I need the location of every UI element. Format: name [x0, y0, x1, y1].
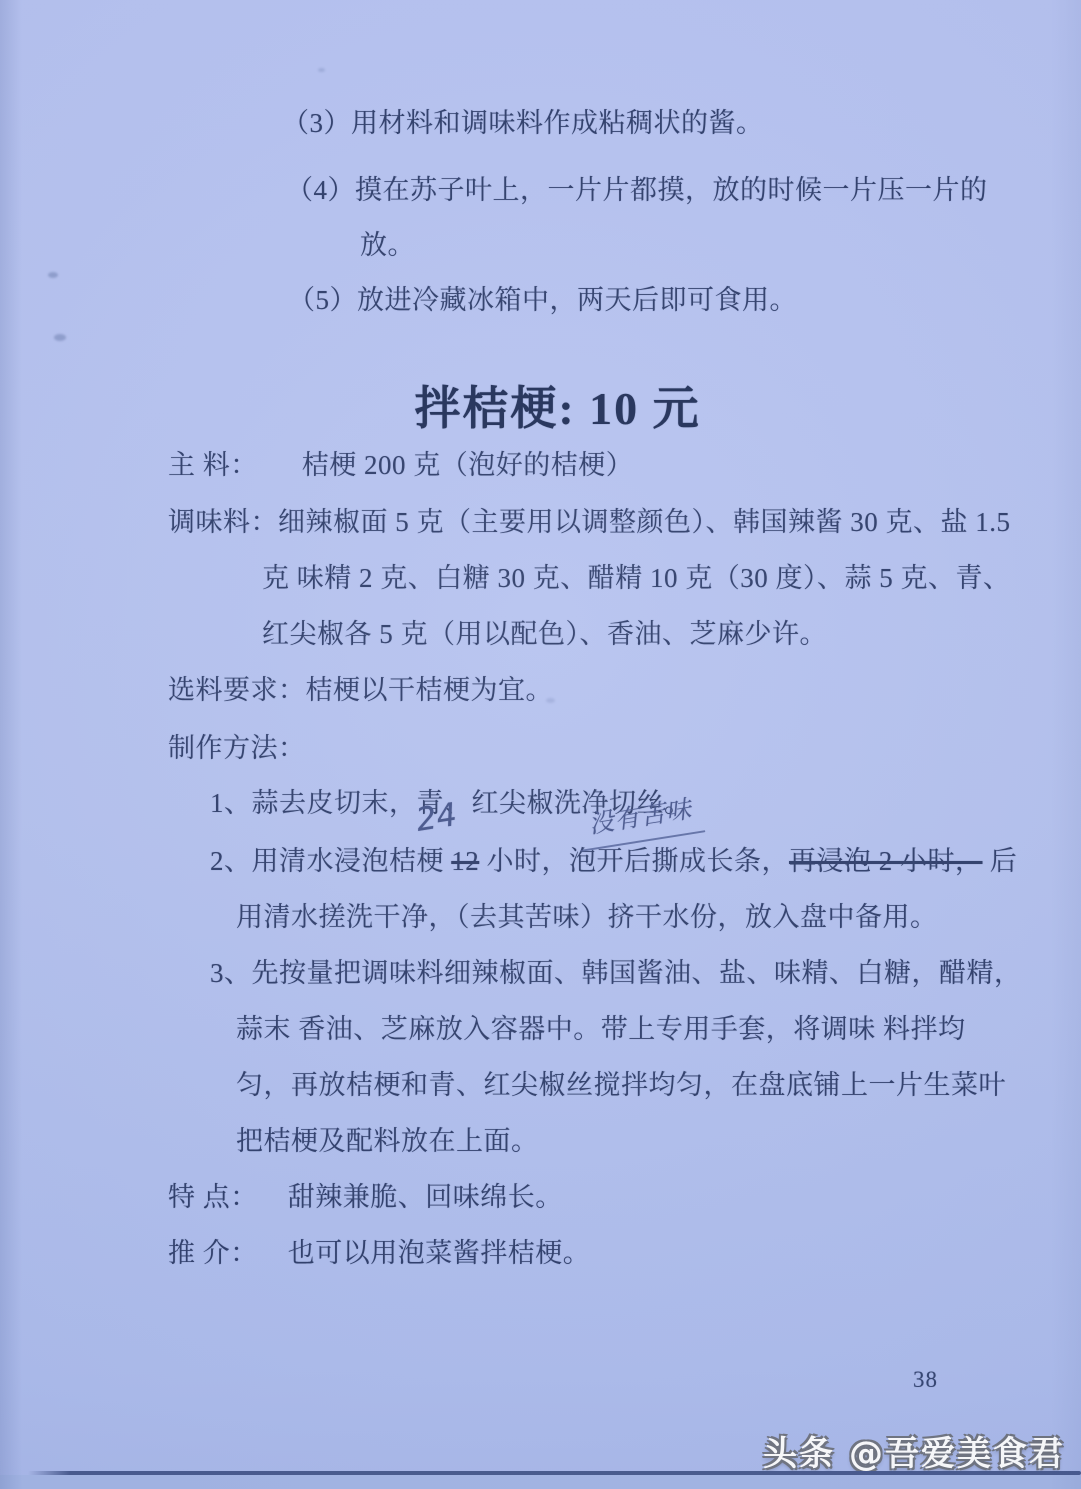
seasoning-text-1: 细辣椒面 5 克（主要用以调整颜色）、韩国辣酱 30 克、盐 1.5 — [278, 507, 1011, 537]
method-step-3-line-2: 蒜末 香油、芝麻放入容器中。带上专用手套，将调味 料拌均 — [236, 1007, 966, 1046]
recommend-text: 也可以用泡菜酱拌桔梗。 — [288, 1238, 591, 1268]
recipe-title: 拌桔梗: 10 元 — [0, 372, 1081, 438]
recommend-label: 推 介： — [168, 1231, 258, 1270]
method-step-3-line-3: 匀，再放桔梗和青、红尖椒丝搅拌均匀，在盘底铺上一片生菜叶 — [236, 1063, 1006, 1102]
method-step-3-line-1: 3、先按量把调味料细辣椒面、韩国酱油、盐、味精、白糖，醋精， — [210, 951, 1022, 990]
scanned-recipe-page: （3）用材料和调味料作成粘稠状的酱。 （4）摸在苏子叶上，一片片都摸，放的时候一… — [0, 0, 1081, 1489]
method-step-3-line-4: 把桔梗及配料放在上面。 — [236, 1119, 539, 1158]
features-line: 特 点：甜辣兼脆、回味绵长。 — [168, 1175, 563, 1214]
seasoning-label: 调味料： — [168, 500, 278, 539]
paper-speck — [54, 334, 66, 341]
main-ingredient-line: 主 料：桔梗 200 克（泡好的桔梗） — [168, 443, 633, 482]
surface-below-page — [0, 1475, 1081, 1489]
step2-text: 2、用清水浸泡桔梗 — [210, 846, 451, 876]
prev-step-4: （4）摸在苏子叶上，一片片都摸，放的时候一片压一片的 — [286, 168, 988, 207]
selection-requirement: 选料要求：桔梗以干桔梗为宜。 — [168, 668, 553, 707]
seasoning-line-2: 克 味精 2 克、白糖 30 克、醋精 10 克（30 度）、蒜 5 克、青、 — [262, 556, 1011, 595]
prev-step-3: （3）用材料和调味料作成粘稠状的酱。 — [282, 101, 764, 140]
watermark-text: 头条 @吾爱美食君 — [763, 1426, 1065, 1475]
main-ingredient-text: 桔梗 200 克（泡好的桔梗） — [302, 450, 634, 480]
features-label: 特 点： — [168, 1175, 258, 1214]
prev-step-5: （5）放进冷藏冰箱中，两天后即可食用。 — [288, 278, 797, 317]
seasoning-line-3: 红尖椒各 5 克（用以配色）、香油、芝麻少许。 — [262, 612, 827, 651]
step2-struck-phrase: 再浸泡 2 小时， — [789, 846, 983, 876]
seasoning-line-1: 调味料：细辣椒面 5 克（主要用以调整颜色）、韩国辣酱 30 克、盐 1.5 — [168, 500, 1011, 539]
step2-text-end: 后 — [983, 846, 1018, 876]
prev-step-4-continuation: 放。 — [360, 223, 415, 262]
step2-struck-hours: 12 — [451, 846, 479, 876]
main-ingredient-label: 主 料： — [168, 443, 258, 482]
method-label: 制作方法： — [168, 726, 306, 765]
method-step-2-continuation: 用清水搓洗干净，（去其苦味）挤干水份，放入盘中备用。 — [236, 895, 938, 934]
paper-speck — [546, 698, 555, 703]
paper-speck — [48, 272, 58, 278]
page-number: 38 — [913, 1367, 938, 1393]
handwritten-correction-24: 24 — [413, 795, 459, 839]
step2-text-mid: 小时，泡开后撕成长条， — [479, 846, 789, 876]
recommend-line: 推 介：也可以用泡菜酱拌桔梗。 — [168, 1231, 590, 1270]
features-text: 甜辣兼脆、回味绵长。 — [288, 1182, 563, 1212]
paper-speck — [318, 68, 325, 72]
